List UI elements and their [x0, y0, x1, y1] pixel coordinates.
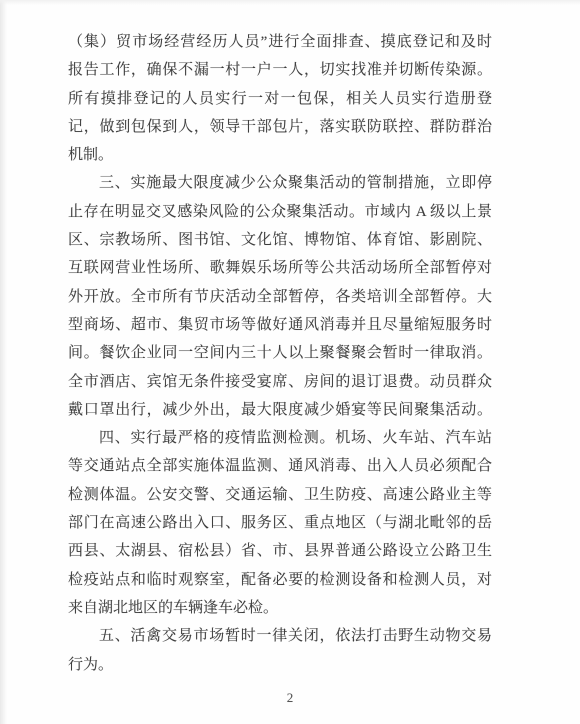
paragraph: （集）贸市场经营经历人员”进行全面排查、摸底登记和及时报告工作，确保不漏一村一户… — [68, 28, 492, 169]
text-line: 报告工作，确保不漏一村一户一人，切实找准并切断传染源。 — [68, 56, 492, 84]
text-line: 记，做到包保到人，领导干部包片，落实联防联控、群防群治 — [68, 113, 492, 141]
scan-edge-top — [0, 0, 580, 5]
text-line: 型商场、超市、集贸市场等做好通风消毒并且尽量缩短服务时 — [68, 311, 492, 339]
text-line: 全市酒店、宾馆无条件接受宴席、房间的退订退费。动员群众 — [68, 368, 492, 396]
text-line: 外开放。全市所有节庆活动全部暂停，各类培训全部暂停。大 — [68, 283, 492, 311]
text-line: 三、实施最大限度减少公众聚集活动的管制措施，立即停 — [68, 169, 492, 197]
paragraph: 四、实行最严格的疫情监测检测。机场、火车站、汽车站等交通站点全部实施体温监测、通… — [68, 424, 492, 622]
text-line: 西县、太湖县、宿松县）省、市、县界普通公路设立公路卫生 — [68, 537, 492, 565]
text-line: 止存在明显交叉感染风险的公众聚集活动。市域内 A 级以上景 — [68, 198, 492, 226]
text-line: 来自湖北地区的车辆逢车必检。 — [68, 594, 492, 622]
text-line: （集）贸市场经营经历人员”进行全面排查、摸底登记和及时 — [68, 28, 492, 56]
page-number: 2 — [0, 690, 580, 706]
scan-edge-left — [0, 0, 7, 724]
text-line: 机制。 — [68, 141, 492, 169]
text-line: 间。餐饮企业同一空间内三十人以上聚餐聚会暂时一律取消。 — [68, 339, 492, 367]
text-line: 区、宗教场所、图书馆、文化馆、博物馆、体育馆、影剧院、 — [68, 226, 492, 254]
text-line: 部门在高速公路出入口、服务区、重点地区（与湖北毗邻的岳 — [68, 509, 492, 537]
text-line: 戴口罩出行，减少外出，最大限度减少婚宴等民间聚集活动。 — [68, 396, 492, 424]
document-body: （集）贸市场经营经历人员”进行全面排查、摸底登记和及时报告工作，确保不漏一村一户… — [68, 28, 492, 679]
text-line: 四、实行最严格的疫情监测检测。机场、火车站、汽车站 — [68, 424, 492, 452]
text-line: 互联网营业性场所、歌舞娱乐场所等公共活动场所全部暂停对 — [68, 254, 492, 282]
paragraph: 五、活禽交易市场暂时一律关闭，依法打击野生动物交易行为。 — [68, 622, 492, 679]
text-line: 等交通站点全部实施体温监测、通风消毒、出入人员必须配合 — [68, 452, 492, 480]
document-page: （集）贸市场经营经历人员”进行全面排查、摸底登记和及时报告工作，确保不漏一村一户… — [0, 0, 580, 724]
text-line: 五、活禽交易市场暂时一律关闭，依法打击野生动物交易 — [68, 622, 492, 650]
text-line: 检测体温。公安交警、交通运输、卫生防疫、高速公路业主等 — [68, 481, 492, 509]
text-line: 行为。 — [68, 651, 492, 679]
paragraph: 三、实施最大限度减少公众聚集活动的管制措施，立即停止存在明显交叉感染风险的公众聚… — [68, 169, 492, 424]
text-line: 所有摸排登记的人员实行一对一包保，相关人员实行造册登 — [68, 85, 492, 113]
text-line: 检疫站点和临时观察室，配备必要的检测设备和检测人员，对 — [68, 566, 492, 594]
